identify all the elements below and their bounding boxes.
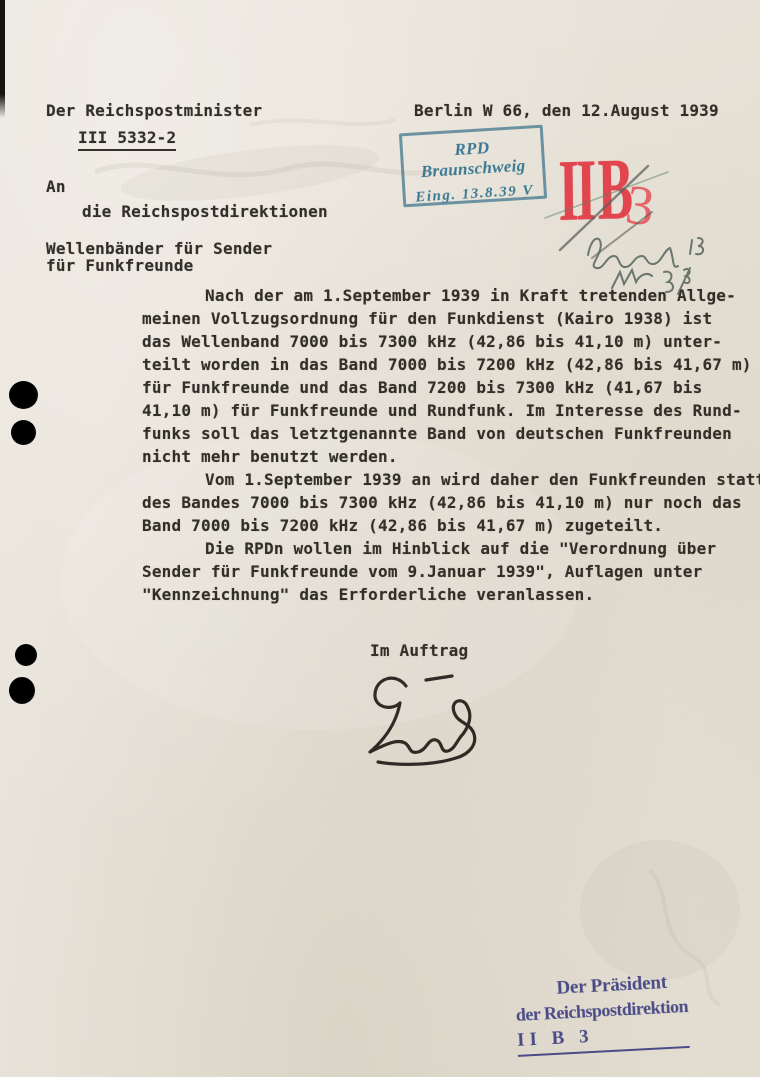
body-line: Vom 1.September 1939 an wird daher den F… xyxy=(142,468,752,491)
body-line: Nach der am 1.September 1939 in Kraft tr… xyxy=(142,284,752,307)
body-line: meinen Vollzugsordnung für den Funkdiens… xyxy=(142,307,752,330)
body-line: für Funkfreunde und das Band 7200 bis 73… xyxy=(142,376,752,399)
handwritten-signature xyxy=(330,662,530,782)
punch-hole xyxy=(9,677,35,704)
body-line: Sender für Funkfreunde vom 9.Januar 1939… xyxy=(142,560,752,583)
sender-line: Der Reichspostminister xyxy=(46,101,262,120)
body-line: Band 7000 bis 7200 kHz (42,86 bis 41,67 … xyxy=(142,514,752,537)
body-line: das Wellenband 7000 bis 7300 kHz (42,86 … xyxy=(142,330,752,353)
punch-hole xyxy=(15,644,37,666)
letter-page: Der Reichspostminister III 5332-2 Berlin… xyxy=(0,0,760,1077)
footer-stamp: Der Präsident der Reichspostdirektion II… xyxy=(514,969,733,1057)
body-line: 41,10 m) für Funkfreunde und Rundfunk. I… xyxy=(142,399,752,422)
body-line: des Bandes 7000 bis 7300 kHz (42,86 bis … xyxy=(142,491,752,514)
footer-stamp-office: der Reichspostdirektion xyxy=(515,994,731,1026)
salutation: An xyxy=(46,177,66,196)
subject-line-2: für Funkfreunde xyxy=(46,257,194,274)
dateline: Berlin W 66, den 12.August 1939 xyxy=(414,101,719,120)
body-line: Die RPDn wollen im Hinblick auf die "Ver… xyxy=(142,537,752,560)
body-line: nicht mehr benutzt werden. xyxy=(142,445,752,468)
body-line: funks soll das letztgenannte Band von de… xyxy=(142,422,752,445)
reference-number: III 5332-2 xyxy=(78,128,176,147)
punch-hole xyxy=(11,420,36,445)
subject-line-1: Wellenbänder für Sender xyxy=(46,240,272,257)
reference-number-text: III 5332-2 xyxy=(78,128,176,151)
closing-line: Im Auftrag xyxy=(370,641,468,660)
recipient-line: die Reichspostdirektionen xyxy=(82,202,328,221)
punch-hole xyxy=(9,381,38,409)
body-line: teilt worden in das Band 7000 bis 7200 k… xyxy=(142,353,752,376)
letter-body: Nach der am 1.September 1939 in Kraft tr… xyxy=(142,284,752,606)
body-line: "Kennzeichnung" das Erforderliche veranl… xyxy=(142,583,752,606)
